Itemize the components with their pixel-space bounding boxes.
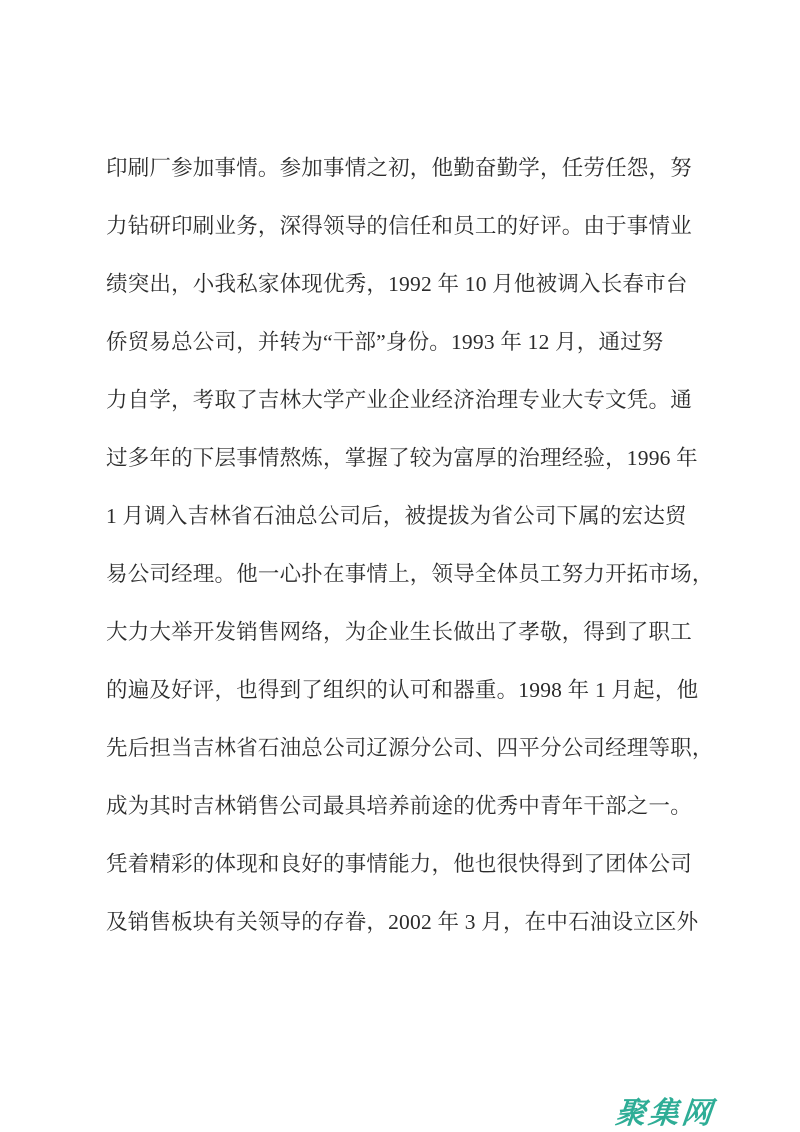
- text-line: 先后担当吉林省石油总公司辽源分公司、四平分公司经理等职，: [106, 719, 702, 777]
- text-line: 力钻研印刷业务，深得领导的信任和员工的好评。由于事情业: [106, 197, 702, 255]
- text-line: 侨贸易总公司，并转为“干部”身份。1993 年 12 月，通过努: [106, 313, 702, 371]
- text-line: 凭着精彩的体现和良好的事情能力，他也很快得到了团体公司: [106, 835, 702, 893]
- paragraph-block: 印刷厂参加事情。参加事情之初，他勤奋勤学，任劳任怨，努 力钻研印刷业务，深得领导…: [106, 139, 702, 951]
- document-page: 印刷厂参加事情。参加事情之初，他勤奋勤学，任劳任怨，努 力钻研印刷业务，深得领导…: [0, 0, 800, 1132]
- text-line: 及销售板块有关领导的存眷，2002 年 3 月，在中石油设立区外: [106, 893, 702, 951]
- text-line: 1 月调入吉林省石油总公司后，被提拔为省公司下属的宏达贸: [106, 487, 702, 545]
- text-line: 成为其时吉林销售公司最具培养前途的优秀中青年干部之一。: [106, 777, 702, 835]
- text-line: 过多年的下层事情熬炼，掌握了较为富厚的治理经验，1996 年: [106, 429, 702, 487]
- watermark-logo: 聚集网: [614, 1088, 718, 1132]
- text-line: 绩突出，小我私家体现优秀，1992 年 10 月他被调入长春市台: [106, 255, 702, 313]
- text-line: 大力大举开发销售网络，为企业生长做出了孝敬，得到了职工: [106, 603, 702, 661]
- text-line: 易公司经理。他一心扑在事情上，领导全体员工努力开拓市场，: [106, 545, 702, 603]
- text-line: 力自学，考取了吉林大学产业企业经济治理专业大专文凭。通: [106, 371, 702, 429]
- text-line: 印刷厂参加事情。参加事情之初，他勤奋勤学，任劳任怨，努: [106, 139, 702, 197]
- text-line: 的遍及好评，也得到了组织的认可和器重。1998 年 1 月起，他: [106, 661, 702, 719]
